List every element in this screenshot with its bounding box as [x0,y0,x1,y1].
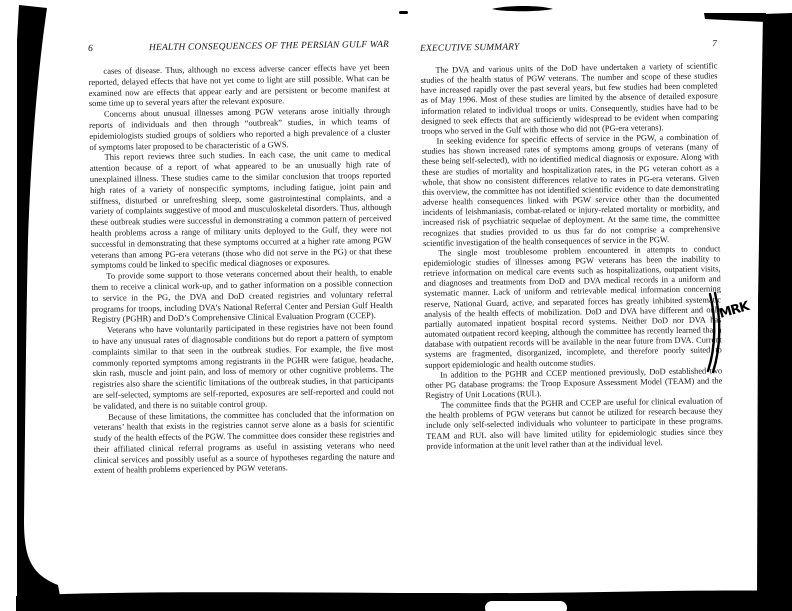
scan-edge-bottom [16,591,792,611]
scanned-page-left: 6 HEALTH CONSEQUENCES OF THE PERSIAN GUL… [88,40,395,476]
body-text-left: cases of disease. Thus, although no exce… [88,62,395,476]
paragraph: Concerns about unusual illnesses among P… [89,105,391,152]
scan-dash-top-center [492,6,553,11]
paragraph: The committee finds that the PGHR and CC… [426,396,724,451]
page-number-right: 7 [712,39,717,49]
scan-dash-gutter [399,11,408,14]
running-header-title-left: HEALTH CONSEQUENCES OF THE PERSIAN GULF … [149,40,389,53]
body-text-right: The DVA and various units of the DoD hav… [420,61,723,452]
scan-edge-right [757,13,792,600]
running-header-title-right: EXECUTIVE SUMMARY [420,42,519,54]
scan-edge-left [17,5,60,596]
running-header-right: EXECUTIVE SUMMARY 7 [420,39,717,54]
handwritten-margin-note: MRK [718,299,751,322]
scan-edge-top-right [704,13,766,22]
running-header-left: 6 HEALTH CONSEQUENCES OF THE PERSIAN GUL… [88,40,389,54]
paragraph: Because of these limitations, the commit… [93,407,395,476]
paragraph: In seeking evidence for specific effects… [421,132,720,248]
paragraph: The single most troublesome problem enco… [423,244,722,371]
paragraph: cases of disease. Thus, although no exce… [88,62,390,109]
scan-bottom-notch [485,601,567,611]
paragraph: To provide some support to those veteran… [91,267,393,325]
paragraph: This report reviews three such studies. … [90,148,393,271]
scanned-page-right: EXECUTIVE SUMMARY 7 The DVA and various … [420,39,723,452]
paragraph: The DVA and various units of the DoD hav… [420,61,718,137]
paragraph: Veterans who have voluntarily participat… [92,321,394,412]
paragraph: In addition to the PGHR and CCEP mention… [425,366,722,401]
page-number-left: 6 [88,44,93,54]
